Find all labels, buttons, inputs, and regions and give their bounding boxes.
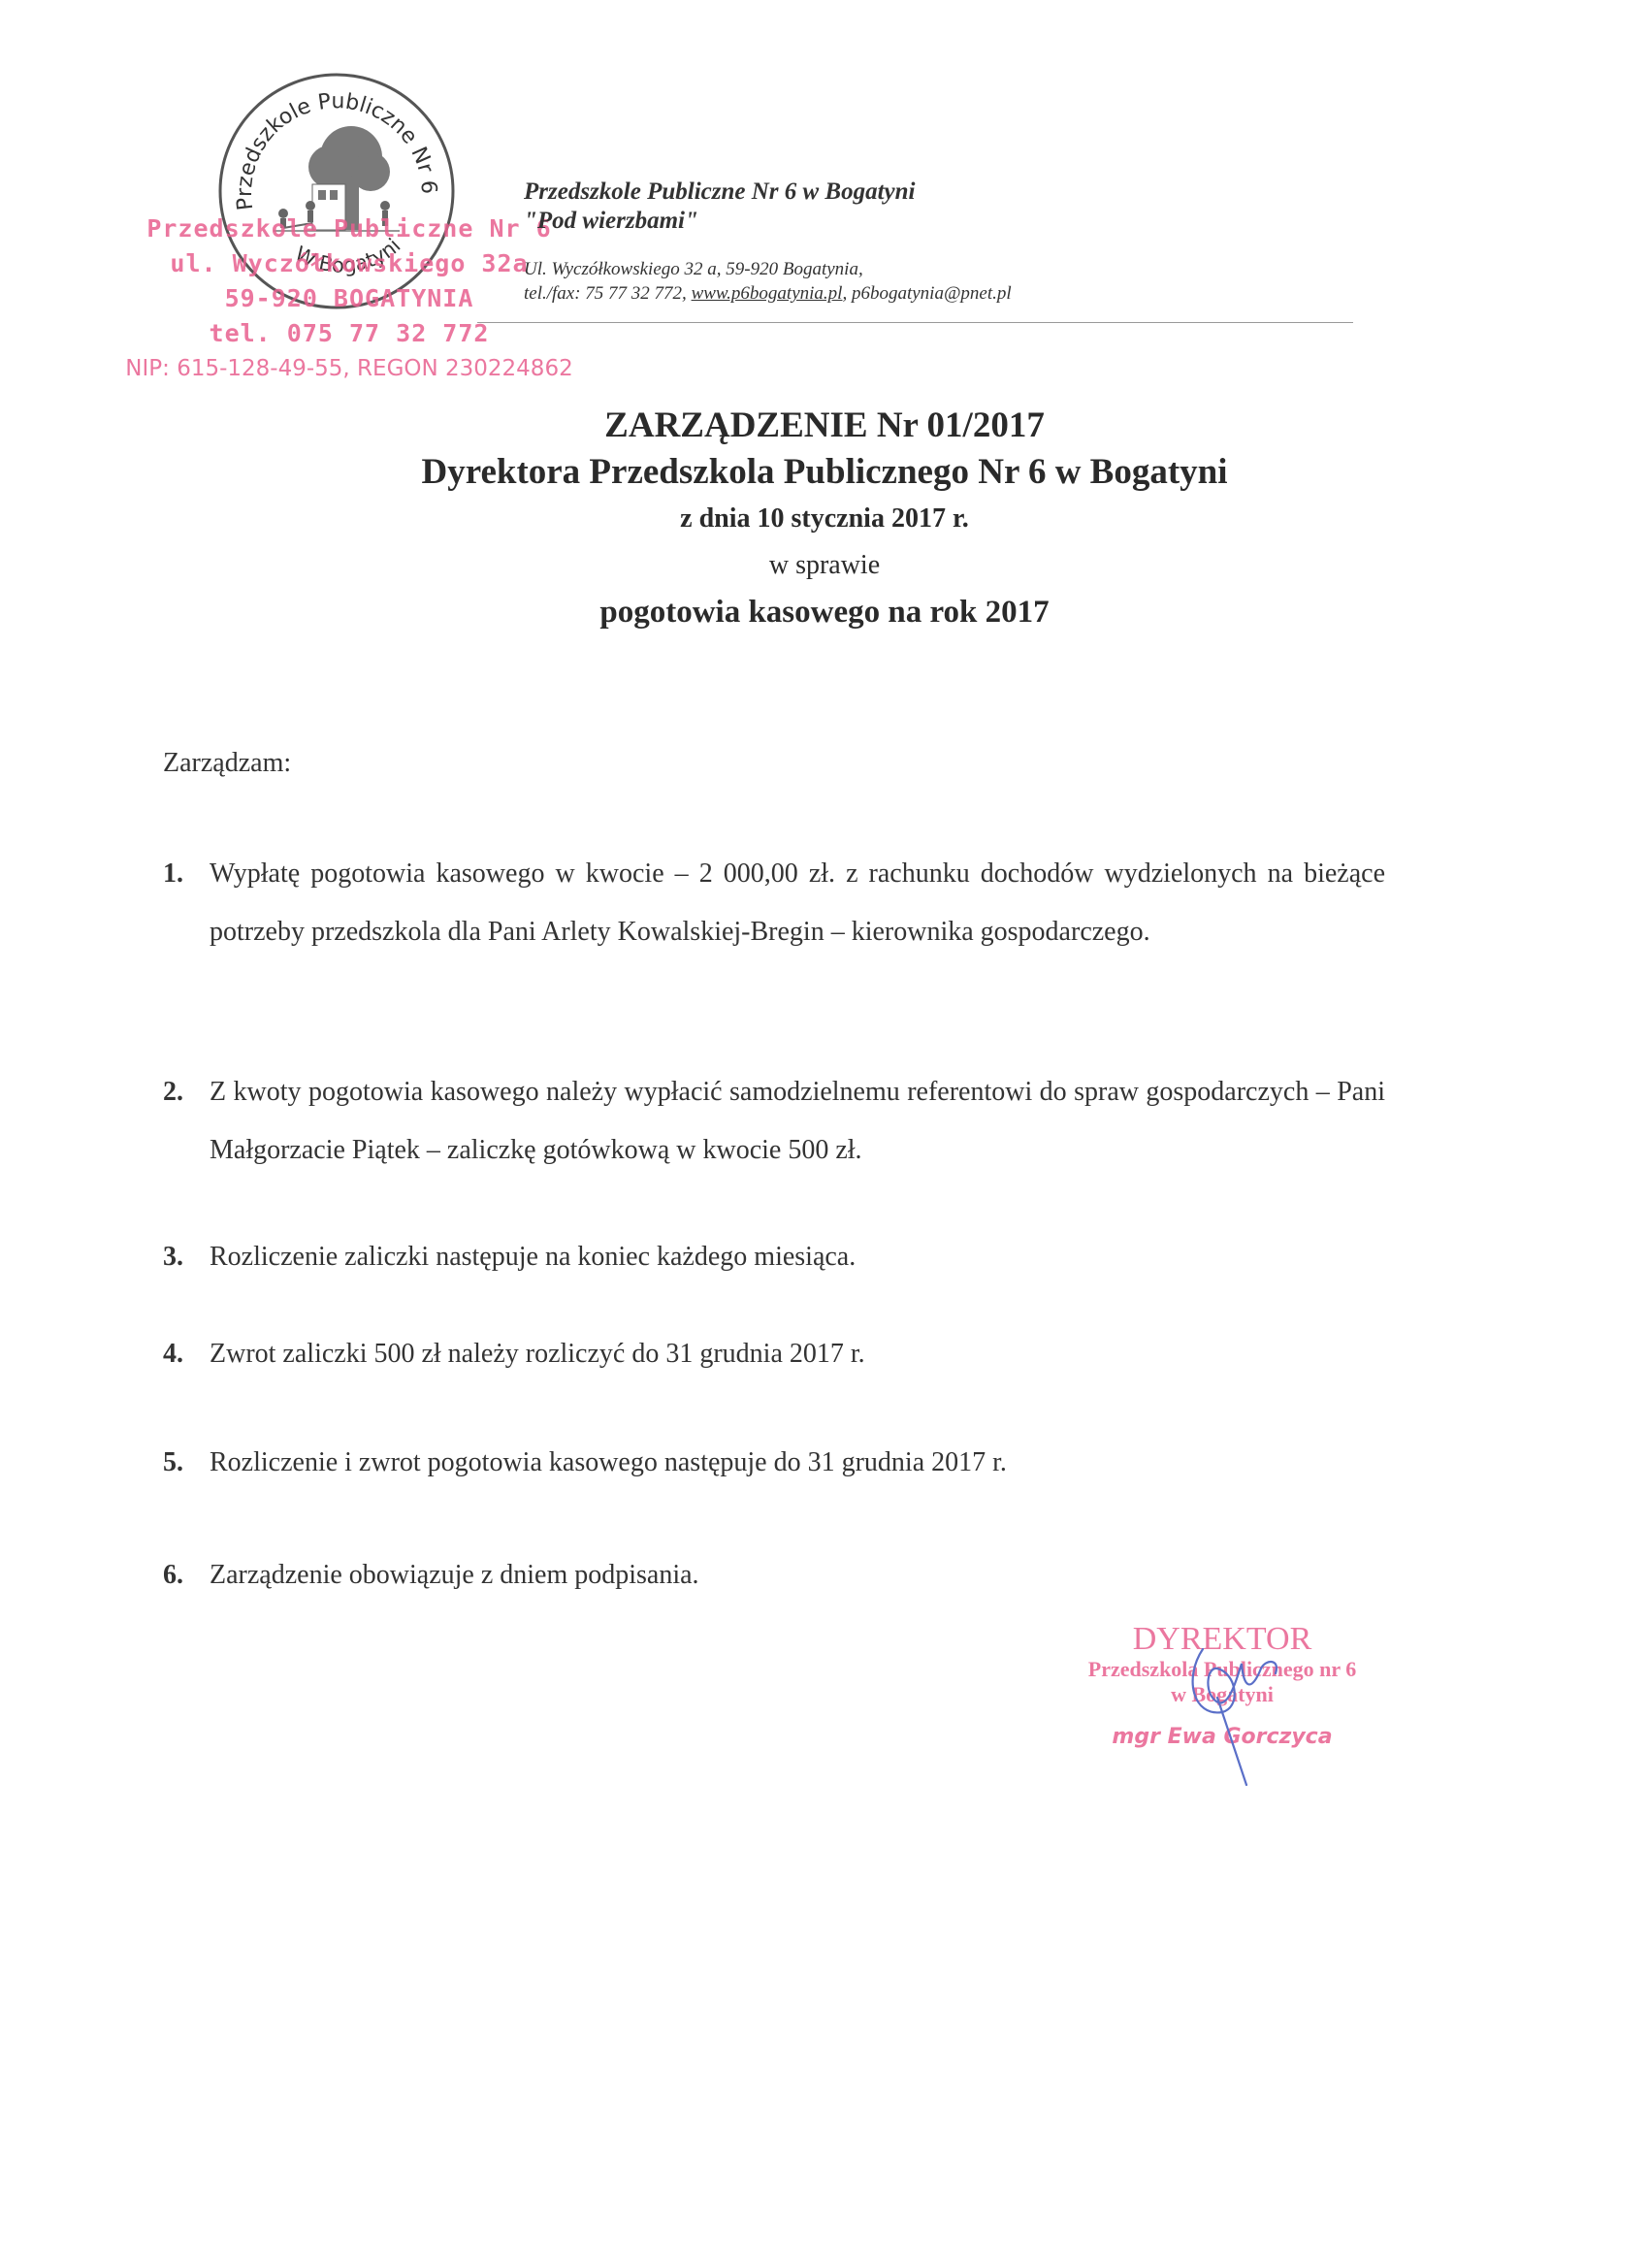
institution-stamp-line: ul. Wyczółkowskiego 32a <box>116 246 582 281</box>
order-item-text: Zarządzenie obowiązuje z dniem podpisani… <box>210 1546 1385 1604</box>
order-item: 3. Rozliczenie zaliczki następuje na kon… <box>163 1228 1385 1286</box>
institution-stamp: Przedszkole Publiczne Nr 6 ul. Wyczółkow… <box>116 211 582 386</box>
letterhead-address: Ul. Wyczółkowskiego 32 a, 59-920 Bogatyn… <box>524 257 1012 281</box>
institution-stamp-line: Przedszkole Publiczne Nr 6 <box>116 211 582 246</box>
handwritten-signature-icon <box>1183 1639 1290 1795</box>
order-item-text: Rozliczenie zaliczki następuje na koniec… <box>210 1228 1385 1286</box>
institution-stamp-line: 59-920 BOGATYNIA <box>116 281 582 316</box>
letterhead: Przedszkole Publiczne Nr 6 w Bogatyni "P… <box>524 178 1012 306</box>
letterhead-phone: tel./fax: 75 77 32 772, <box>524 283 692 304</box>
document-subject: pogotowia kasowego na rok 2017 <box>0 589 1649 635</box>
contact-separator: , <box>842 283 852 304</box>
order-item-number: 5. <box>163 1434 183 1492</box>
order-item-text: Wypłatę pogotowia kasowego w kwocie – 2 … <box>210 845 1385 961</box>
order-item: 4. Zwrot zaliczki 500 zł należy rozliczy… <box>163 1325 1385 1383</box>
order-item: 1. Wypłatę pogotowia kasowego w kwocie –… <box>163 845 1385 961</box>
document-title-block: ZARZĄDZENIE Nr 01/2017 Dyrektora Przedsz… <box>0 403 1649 635</box>
letterhead-contact: tel./fax: 75 77 32 772, www.p6bogatynia.… <box>524 281 1012 306</box>
order-item-number: 2. <box>163 1063 183 1121</box>
order-item: 2. Z kwoty pogotowia kasowego należy wyp… <box>163 1063 1385 1180</box>
document-subject-label: w sprawie <box>0 542 1649 589</box>
document-date: z dnia 10 stycznia 2017 r. <box>0 496 1649 542</box>
website-link[interactable]: www.p6bogatynia.pl <box>692 283 843 304</box>
order-item-number: 4. <box>163 1325 183 1383</box>
order-item: 6. Zarządzenie obowiązuje z dniem podpis… <box>163 1546 1385 1604</box>
order-item-number: 3. <box>163 1228 183 1286</box>
order-item-text: Rozliczenie i zwrot pogotowia kasowego n… <box>210 1434 1385 1492</box>
order-item-text: Zwrot zaliczki 500 zł należy rozliczyć d… <box>210 1325 1385 1383</box>
order-item-number: 1. <box>163 845 183 903</box>
order-item-number: 6. <box>163 1546 183 1604</box>
document-issuer: Dyrektora Przedszkola Publicznego Nr 6 w… <box>0 449 1649 496</box>
order-intro: Zarządzam: <box>163 748 291 779</box>
letterhead-name: Przedszkole Publiczne Nr 6 w Bogatyni <box>524 178 1012 207</box>
order-item: 5. Rozliczenie i zwrot pogotowia kasoweg… <box>163 1434 1385 1492</box>
institution-stamp-nip-regon: NIP: 615-128-49-55, REGON 230224862 <box>116 351 582 386</box>
email-address[interactable]: p6bogatynia@pnet.pl <box>852 283 1012 304</box>
order-item-text: Z kwoty pogotowia kasowego należy wypłac… <box>210 1063 1385 1180</box>
document-title: ZARZĄDZENIE Nr 01/2017 <box>0 403 1649 449</box>
letterhead-motto: "Pod wierzbami" <box>524 207 1012 236</box>
letterhead-divider <box>477 322 1353 323</box>
